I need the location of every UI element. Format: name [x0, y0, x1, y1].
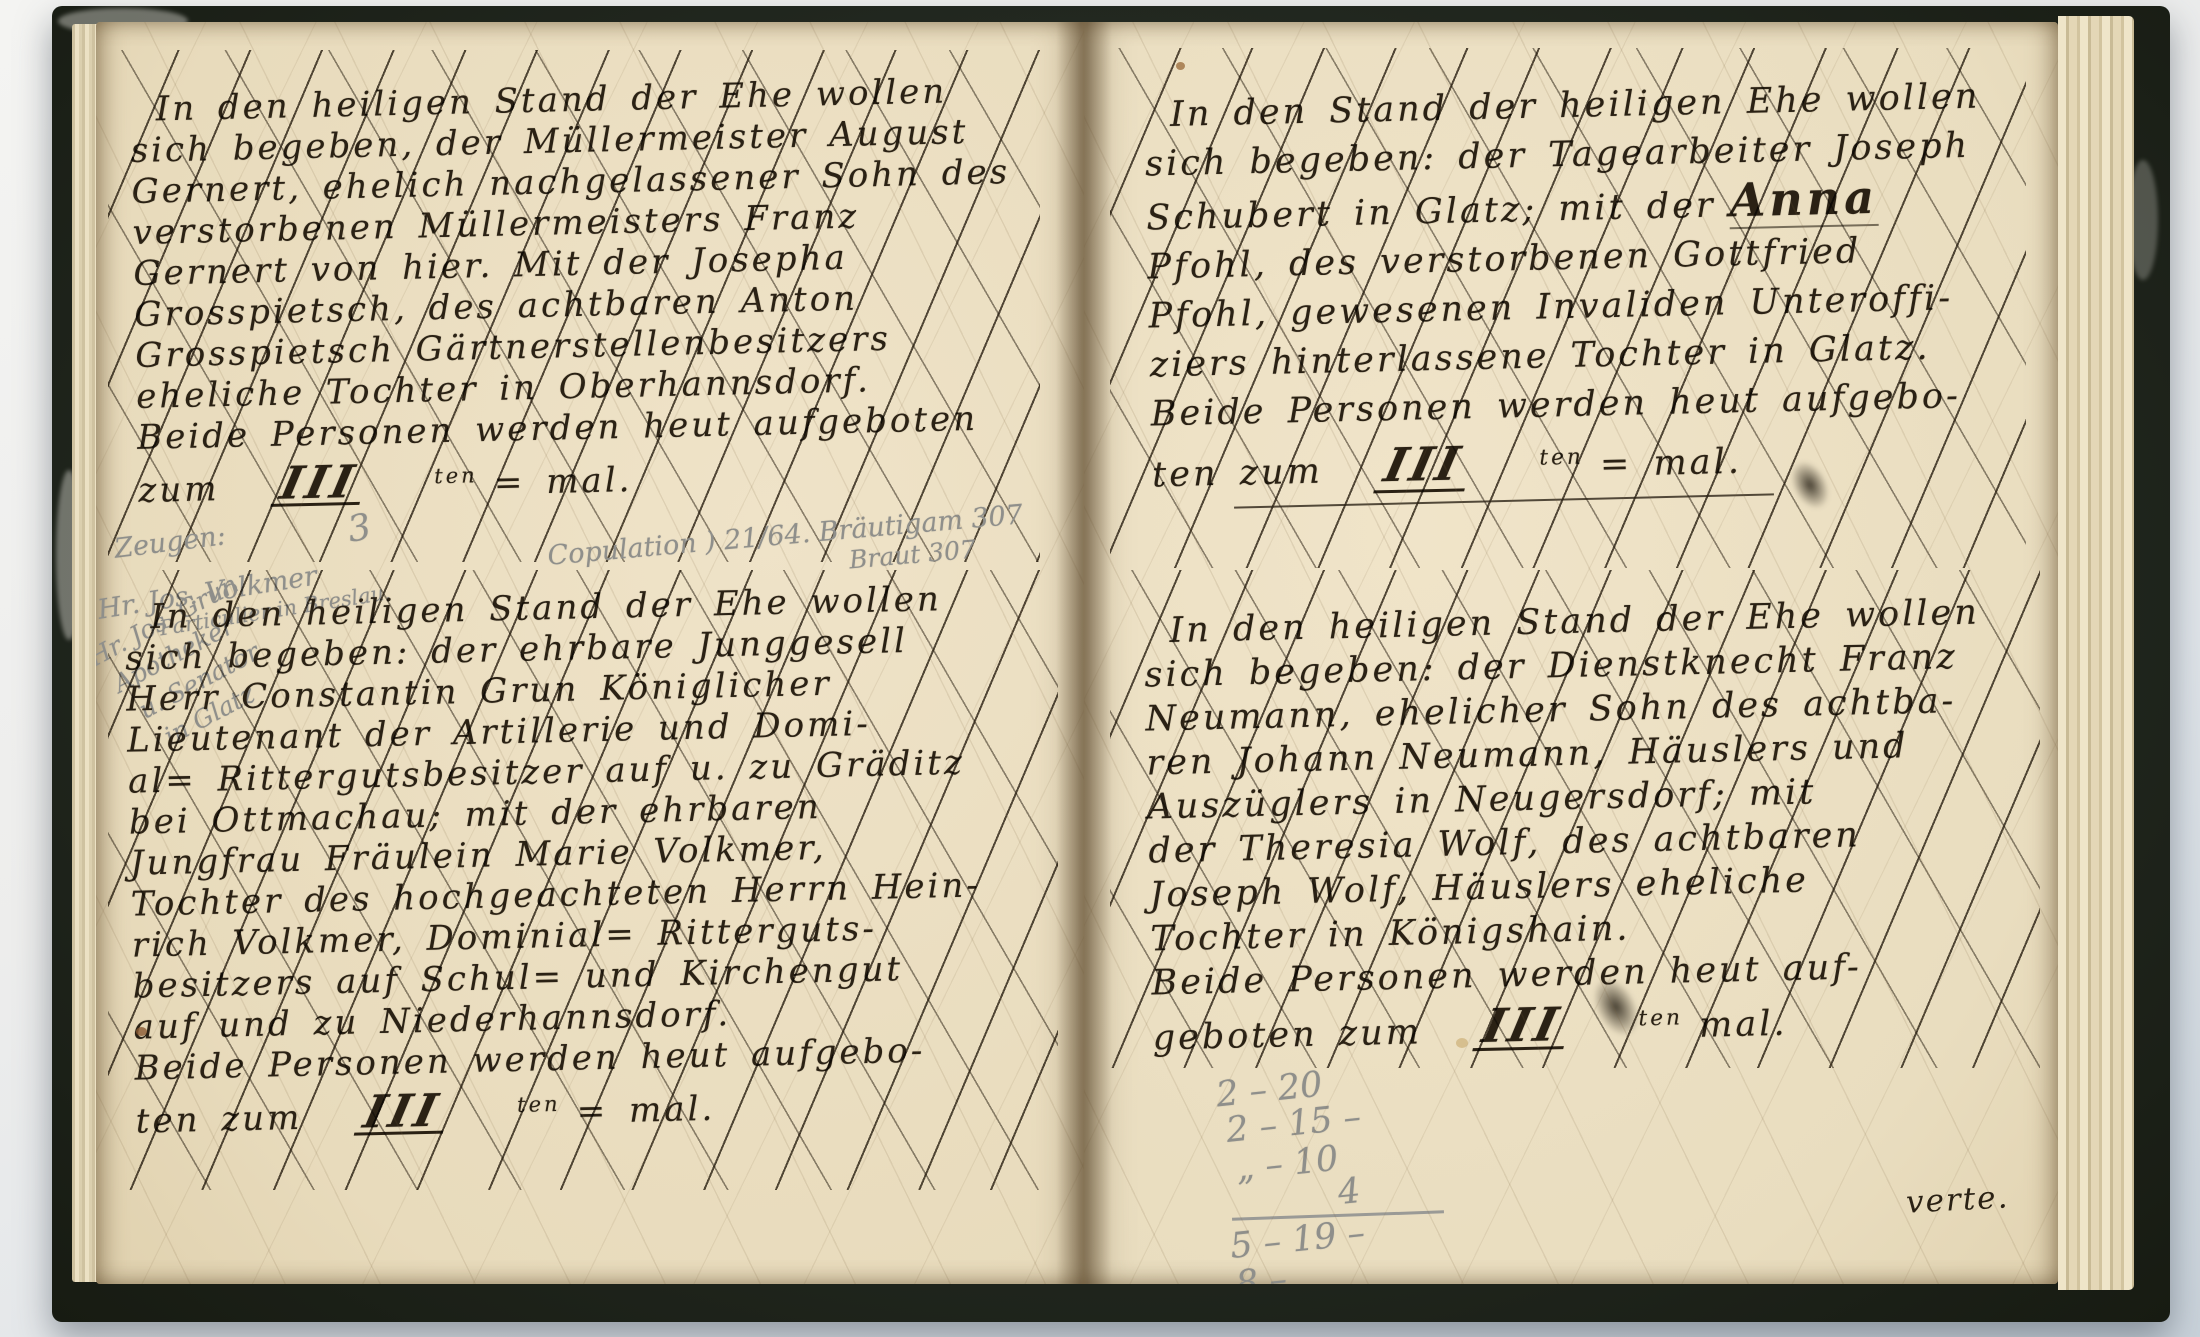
ink-stain: [136, 1027, 147, 1036]
pencil-sum-total: 5 – 19 –: [1228, 1213, 1367, 1267]
right-page: In den Stand der heiligen Ehe wollen sic…: [1084, 22, 2058, 1284]
roman-numeral-three: III: [1373, 439, 1476, 493]
closing-ordinal: ten: [517, 1091, 561, 1117]
closing-prefix: zum: [138, 469, 220, 511]
banns-entry-gernert: In den heiligen Stand der Ehe wollen sic…: [129, 70, 1017, 512]
roman-numeral-three: III: [353, 1090, 452, 1136]
manuscript-photo: In den heiligen Stand der Ehe wollen sic…: [0, 0, 2200, 1337]
closing-ordinal: ten: [1638, 1005, 1683, 1031]
closing-suffix: = mal.: [1600, 442, 1743, 485]
ink-stain: [1176, 62, 1185, 70]
bride-name-emphasized: Anna: [1729, 170, 1879, 229]
verte-note: verte.: [1905, 1179, 2010, 1220]
closing-suffix: mal.: [1699, 1004, 1788, 1046]
closing-prefix: ten zum: [1152, 451, 1323, 495]
closing-prefix: ten zum: [135, 1098, 302, 1142]
closing-ordinal: ten: [434, 462, 478, 488]
pencil-sum-line: 4: [1336, 1171, 1362, 1213]
closing-ordinal: ten: [1539, 445, 1584, 471]
foxing-spot: [1456, 1038, 1468, 1048]
closing-prefix: geboten zum: [1152, 1012, 1422, 1058]
roman-numeral-three: III: [270, 461, 369, 507]
page-edges-left: [72, 24, 98, 1282]
pencil-sum-line: 8 –: [1234, 1259, 1289, 1284]
banns-entry-neumann-wolf: In den heiligen Stand der Ehe wollen sic…: [1143, 591, 1989, 1061]
pencil-witness-count-label: Zeugen:: [113, 520, 228, 564]
page-edges-right: [2058, 16, 2134, 1290]
banns-entry-grun-volkmer: In den heiligen Stand der Ehe wollen sic…: [124, 578, 986, 1142]
banns-entry-schubert-pfohl: In den Stand der heiligen Ehe wollen sic…: [1143, 73, 1989, 501]
manuscript-line-text: Schubert in Glatz; mit der: [1146, 186, 1716, 239]
roman-numeral-three: III: [1472, 1002, 1573, 1051]
pencil-witness-count-value: 3: [345, 506, 375, 550]
closing-suffix: = mal.: [576, 1089, 715, 1132]
closing-suffix: = mal.: [493, 460, 632, 503]
left-page: In den heiligen Stand der Ehe wollen sic…: [96, 22, 1084, 1284]
